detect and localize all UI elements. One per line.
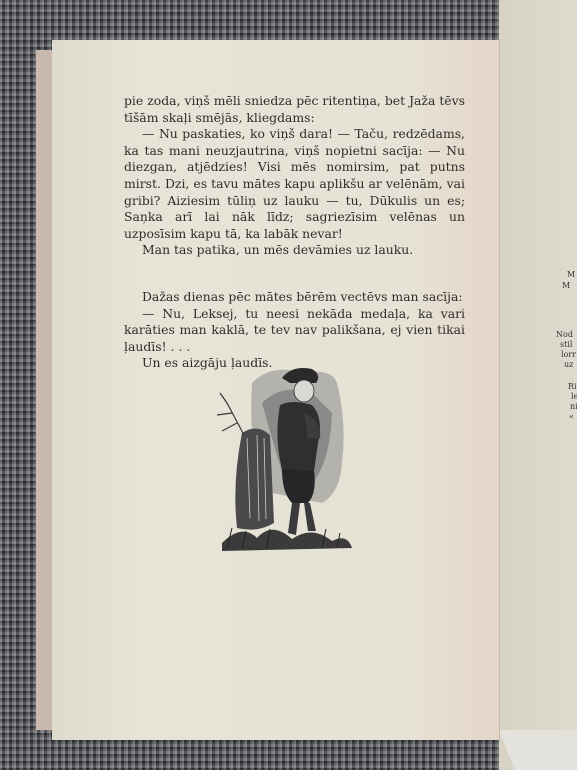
fragment: le bbox=[571, 392, 577, 401]
fragment: lorr bbox=[561, 350, 576, 359]
fragment: Ri bbox=[568, 382, 577, 391]
fragment: « bbox=[569, 412, 574, 421]
boy-illustration bbox=[212, 343, 358, 555]
paragraph-4: Dažas dienas pēc mātes bērēm vectēvs man… bbox=[124, 289, 465, 306]
page-text: pie zoda, viņš mēli sniedza pēc ritentiņ… bbox=[124, 93, 465, 372]
section-break bbox=[124, 259, 465, 289]
paragraph-2: — Nu paskaties, ko viņš dara! — Taču, re… bbox=[124, 126, 465, 242]
fragment: ni bbox=[570, 402, 577, 411]
fragment: stil bbox=[560, 340, 572, 349]
paragraph-3: Man tas patika, un mēs devāmies uz lauku… bbox=[124, 242, 465, 259]
fragment: uz bbox=[564, 360, 573, 369]
fragment: M bbox=[567, 270, 575, 279]
fragment: M bbox=[562, 281, 570, 290]
fragment: Nod bbox=[556, 330, 573, 339]
engraving-image bbox=[212, 343, 358, 555]
paragraph-1: pie zoda, viņš mēli sniedza pēc ritentiņ… bbox=[124, 93, 465, 126]
right-page bbox=[499, 0, 577, 770]
